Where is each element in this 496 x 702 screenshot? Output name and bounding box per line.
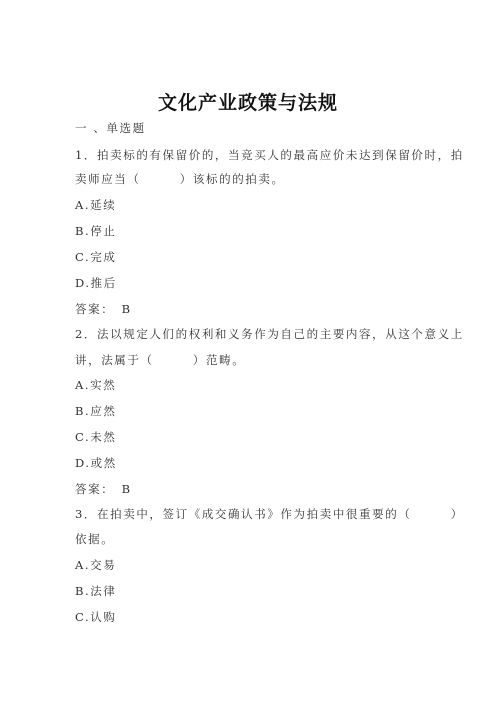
question-2-line-1: 2．法以规定人们的权利和义务作为自己的主要内容，从这个意义上 xyxy=(75,326,464,342)
question-1-answer: 答案： B xyxy=(75,301,132,317)
question-3-line-2: 依据。 xyxy=(75,531,114,547)
section-heading: 一 、单选题 xyxy=(75,120,146,136)
question-3-option-a: A.交易 xyxy=(75,557,116,573)
question-2-option-c: C.未然 xyxy=(75,429,116,445)
question-1-line-2: 卖师应当（ ）该标的的拍卖。 xyxy=(75,171,285,187)
question-1-option-a: A.延续 xyxy=(75,197,116,213)
question-2-option-a: A.实然 xyxy=(75,377,116,393)
question-2-option-b: B.应然 xyxy=(75,403,117,419)
question-2-answer: 答案： B xyxy=(75,481,132,497)
question-1-option-c: C.完成 xyxy=(75,249,116,265)
question-3-line-1: 3．在拍卖中，签订《成交确认书》作为拍卖中很重要的（ ） xyxy=(75,506,464,522)
question-3-option-b: B.法律 xyxy=(75,583,117,599)
question-2-line-2: 讲，法属于（ ）范畴。 xyxy=(75,352,245,368)
question-2-option-d: D.或然 xyxy=(75,455,117,471)
question-1-option-b: B.停止 xyxy=(75,223,117,239)
question-1-line-1: 1．拍卖标的有保留价的，当竞买人的最高应价未达到保留价时，拍 xyxy=(75,147,464,163)
document-title: 文化产业政策与法规 xyxy=(0,88,496,115)
question-1-option-d: D.推后 xyxy=(75,275,117,291)
question-3-option-c: C.认购 xyxy=(75,609,116,625)
